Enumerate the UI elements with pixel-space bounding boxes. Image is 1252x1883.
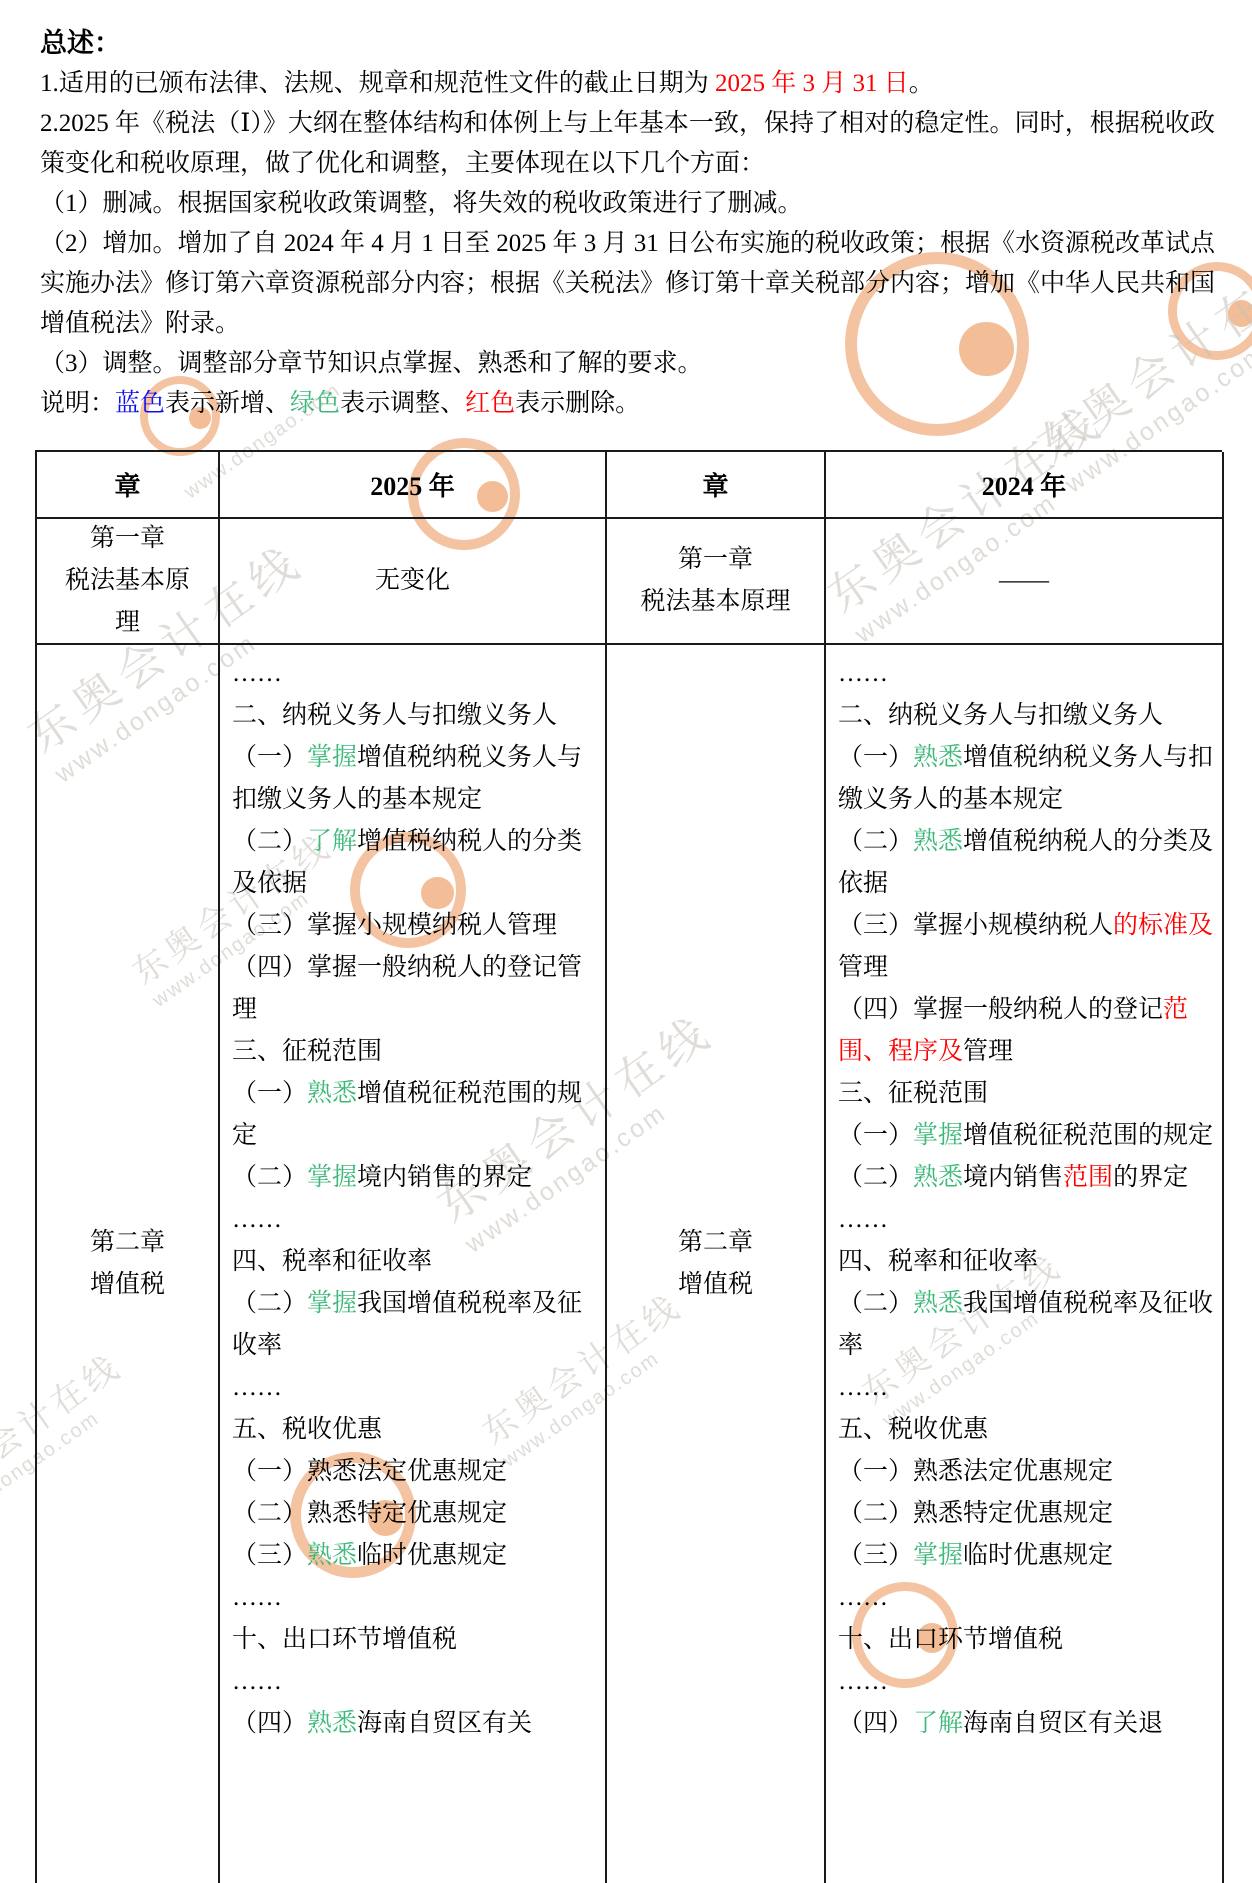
chapter1-content-2024: —— [826,519,1224,645]
chapter2-content-2025: ……二、纳税义务人与扣缴义务人（一）掌握增值税纳税义务人与扣缴义务人的基本规定（… [220,645,607,1883]
column-header-year-2024: 2024 年 [826,452,1224,519]
table-row-chapter2: 第二章增值税 ……二、纳税义务人与扣缴义务人（一）掌握增值税纳税义务人与扣缴义务… [37,645,1222,1883]
table-row-chapter1: 第一章税法基本原理 无变化 第一章税法基本原理 —— [37,519,1222,645]
document-page: 东奥会计在线 www.dongao.com www.dongao.com 东奥会… [0,0,1252,1883]
column-header-chapter-2025: 章 [37,452,220,519]
chapter2-content-2024: ……二、纳税义务人与扣缴义务人（一）熟悉增值税纳税义务人与扣缴义务人的基本规定（… [826,645,1224,1883]
syllabus-comparison-table: 章 2025 年 章 2024 年 第一章税法基本原理 无变化 第一章税法基本原… [35,450,1222,1883]
chapter2-title-2025: 第二章增值税 [37,645,220,1883]
column-header-chapter-2024: 章 [607,452,826,519]
overview-heading: 总述： [40,22,1215,64]
overview-section: 总述： 1.适用的已颁布法律、法规、规章和规范性文件的截止日期为 2025 年 … [40,22,1215,424]
column-header-year-2025: 2025 年 [220,452,607,519]
chapter1-content-2025: 无变化 [220,519,607,645]
overview-paragraphs: 1.适用的已颁布法律、法规、规章和规范性文件的截止日期为 2025 年 3 月 … [40,64,1215,424]
table-header-row: 章 2025 年 章 2024 年 [37,452,1222,519]
chapter2-title-2024: 第二章增值税 [607,645,826,1883]
chapter1-title-2024: 第一章税法基本原理 [607,519,826,645]
chapter1-title-2025: 第一章税法基本原理 [37,519,220,645]
